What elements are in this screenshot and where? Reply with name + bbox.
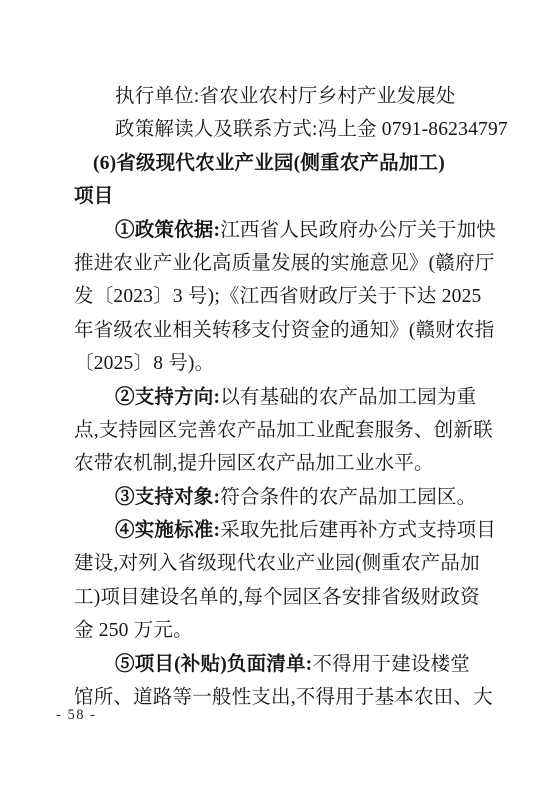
doc-line-text: 采取先批后建再补方式支持项目 — [220, 520, 496, 541]
doc-line: 推进农业产业化高质量发展的实施意见》(赣府厅 — [74, 247, 504, 280]
doc-line: 农带农机制,提升园区农产品加工业水平。 — [74, 447, 504, 480]
doc-line-text: 点,支持园区完善农产品加工业配套服务、创新联 — [74, 420, 493, 441]
section-heading-text: (6)省级现代农业产业园(侧重农产品加工) — [93, 153, 445, 174]
doc-line: 年省级农业相关转移支付资金的通知》(赣财农指 — [74, 314, 504, 347]
document-body: 执行单位:省农业农村厅乡村产业发展处 政策解读人及联系方式:冯上金 0791-8… — [74, 80, 504, 714]
doc-line-text: 馆所、道路等一般性支出,不得用于基本农田、大 — [74, 687, 493, 708]
doc-line-text: 农带农机制,提升园区农产品加工业水平。 — [74, 453, 434, 474]
doc-line-text: 江西省人民政府办公厅关于加快 — [220, 220, 496, 241]
document-page: 执行单位:省农业农村厅乡村产业发展处 政策解读人及联系方式:冯上金 0791-8… — [0, 0, 559, 793]
doc-line-bold: ③支持对象: — [115, 487, 220, 508]
doc-line-bold: ④实施标准: — [115, 520, 220, 541]
doc-line-text: 推进农业产业化高质量发展的实施意见》(赣府厅 — [74, 253, 494, 274]
doc-line-text: 不得用于建设楼堂 — [312, 654, 470, 675]
doc-line: 馆所、道路等一般性支出,不得用于基本农田、大 — [74, 681, 504, 714]
section-heading: 项目 — [74, 180, 504, 213]
doc-line-text: 建设,对列入省级现代农业产业园(侧重农产品加 — [74, 553, 480, 574]
doc-line: ②支持方向:以有基础的农产品加工园为重 — [74, 381, 504, 414]
doc-line-text: 符合条件的农产品加工园区。 — [220, 487, 476, 508]
doc-line: 金 250 万元。 — [74, 614, 504, 647]
doc-line-bold: ①政策依据: — [115, 220, 220, 241]
doc-line: ⑤项目(补贴)负面清单:不得用于建设楼堂 — [74, 648, 504, 681]
doc-line: 建设,对列入省级现代农业产业园(侧重农产品加 — [74, 547, 504, 580]
doc-line-bold: ②支持方向: — [115, 387, 220, 408]
section-heading-text: 项目 — [74, 186, 113, 207]
doc-line: 点,支持园区完善农产品加工业配套服务、创新联 — [74, 414, 504, 447]
doc-line-bold: ⑤项目(补贴)负面清单: — [115, 654, 312, 675]
doc-line-text: 执行单位:省农业农村厅乡村产业发展处 — [115, 86, 456, 107]
doc-line: 工)项目建设名单的,每个园区各安排省级财政资 — [74, 581, 504, 614]
page-number: - 58 - — [56, 705, 96, 725]
doc-line-text: 以有基础的农产品加工园为重 — [220, 387, 476, 408]
section-heading: (6)省级现代农业产业园(侧重农产品加工) — [74, 147, 504, 180]
doc-line: ③支持对象:符合条件的农产品加工园区。 — [74, 481, 504, 514]
doc-line: 〔2025〕8 号)。 — [74, 347, 504, 380]
doc-line: 政策解读人及联系方式:冯上金 0791-86234797 — [74, 113, 504, 146]
doc-line-text: 金 250 万元。 — [74, 620, 193, 641]
doc-line-text: 工)项目建设名单的,每个园区各安排省级财政资 — [74, 587, 480, 608]
doc-line: ①政策依据:江西省人民政府办公厅关于加快 — [74, 214, 504, 247]
doc-line-text: 发〔2023〕3 号);《江西省财政厅关于下达 2025 — [74, 286, 482, 307]
doc-line-text: 政策解读人及联系方式:冯上金 0791-86234797 — [115, 119, 508, 140]
doc-line: ④实施标准:采取先批后建再补方式支持项目 — [74, 514, 504, 547]
doc-line-text: 年省级农业相关转移支付资金的通知》(赣财农指 — [74, 320, 494, 341]
doc-line-text: 〔2025〕8 号)。 — [74, 353, 214, 374]
doc-line: 执行单位:省农业农村厅乡村产业发展处 — [74, 80, 504, 113]
doc-line: 发〔2023〕3 号);《江西省财政厅关于下达 2025 — [74, 280, 504, 313]
